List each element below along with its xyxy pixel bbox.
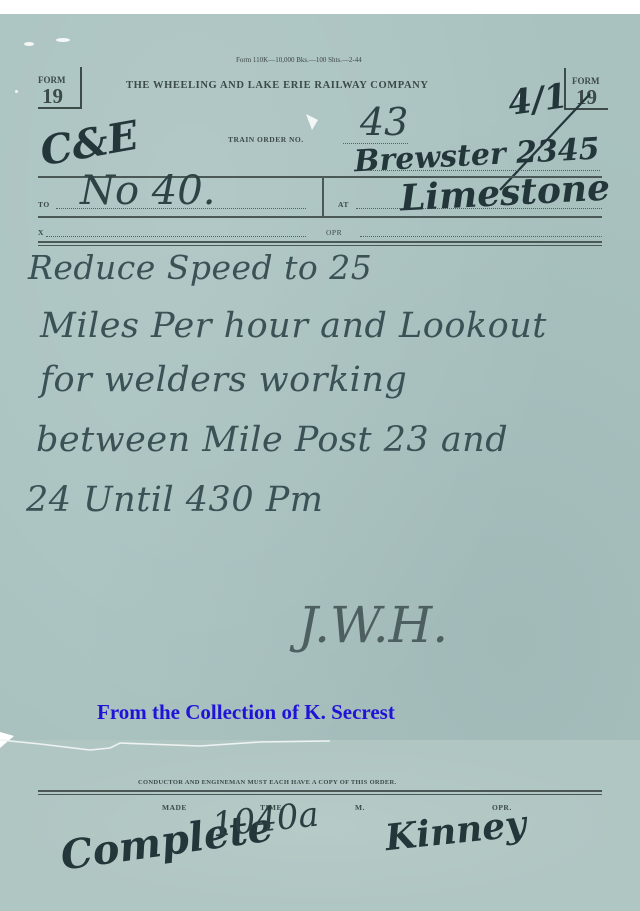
x-label: X [38, 228, 44, 237]
opr-label-top: OPR [326, 228, 342, 237]
double-rule-top [38, 241, 602, 243]
order-body-line-5: 24 Until 430 Pm [26, 480, 323, 520]
paper-lower-section [0, 740, 640, 911]
collection-watermark: From the Collection of K. Secrest [97, 700, 395, 725]
paper-tear [0, 726, 640, 756]
form-number: 19 [42, 84, 63, 109]
at-label: AT [338, 200, 349, 209]
paper-blemish [15, 90, 18, 93]
company-name: THE WHEELING AND LAKE ERIE RAILWAY COMPA… [126, 80, 429, 91]
order-body-line-3: for welders working [40, 360, 407, 400]
opr-dotted-line [360, 236, 602, 237]
footer-notice: CONDUCTOR AND ENGINEMAN MUST EACH HAVE A… [138, 779, 396, 786]
order-body-line-1: Reduce Speed to 25 [28, 248, 372, 287]
order-body-line-2: Miles Per hour and Lookout [40, 306, 547, 346]
train-order-label: TRAIN ORDER NO. [228, 135, 304, 144]
paper-blemish [56, 38, 70, 42]
footer-rule-bottom [38, 794, 602, 795]
to-label: TO [38, 200, 50, 209]
dispatcher-initials: J.W.H. [298, 596, 448, 654]
train-order-number: 43 [360, 100, 408, 144]
column-divider [322, 176, 324, 216]
to-value: No 40. [80, 168, 215, 214]
paper-blemish [24, 42, 34, 46]
form-print-line: Form 110K—10,000 Bks.—100 Shts.—2-44 [236, 56, 362, 64]
order-body-line-4: between Mile Post 23 and [36, 420, 508, 460]
footer-rule-top [38, 790, 602, 792]
rule-line [38, 216, 602, 218]
made-label: MADE [162, 803, 187, 812]
form-number-box-left: FORM 19 [38, 67, 82, 109]
paper-hole [306, 114, 320, 132]
x-dotted-line [46, 236, 306, 237]
m-label: M. [355, 803, 365, 812]
double-rule-bottom [38, 245, 602, 246]
